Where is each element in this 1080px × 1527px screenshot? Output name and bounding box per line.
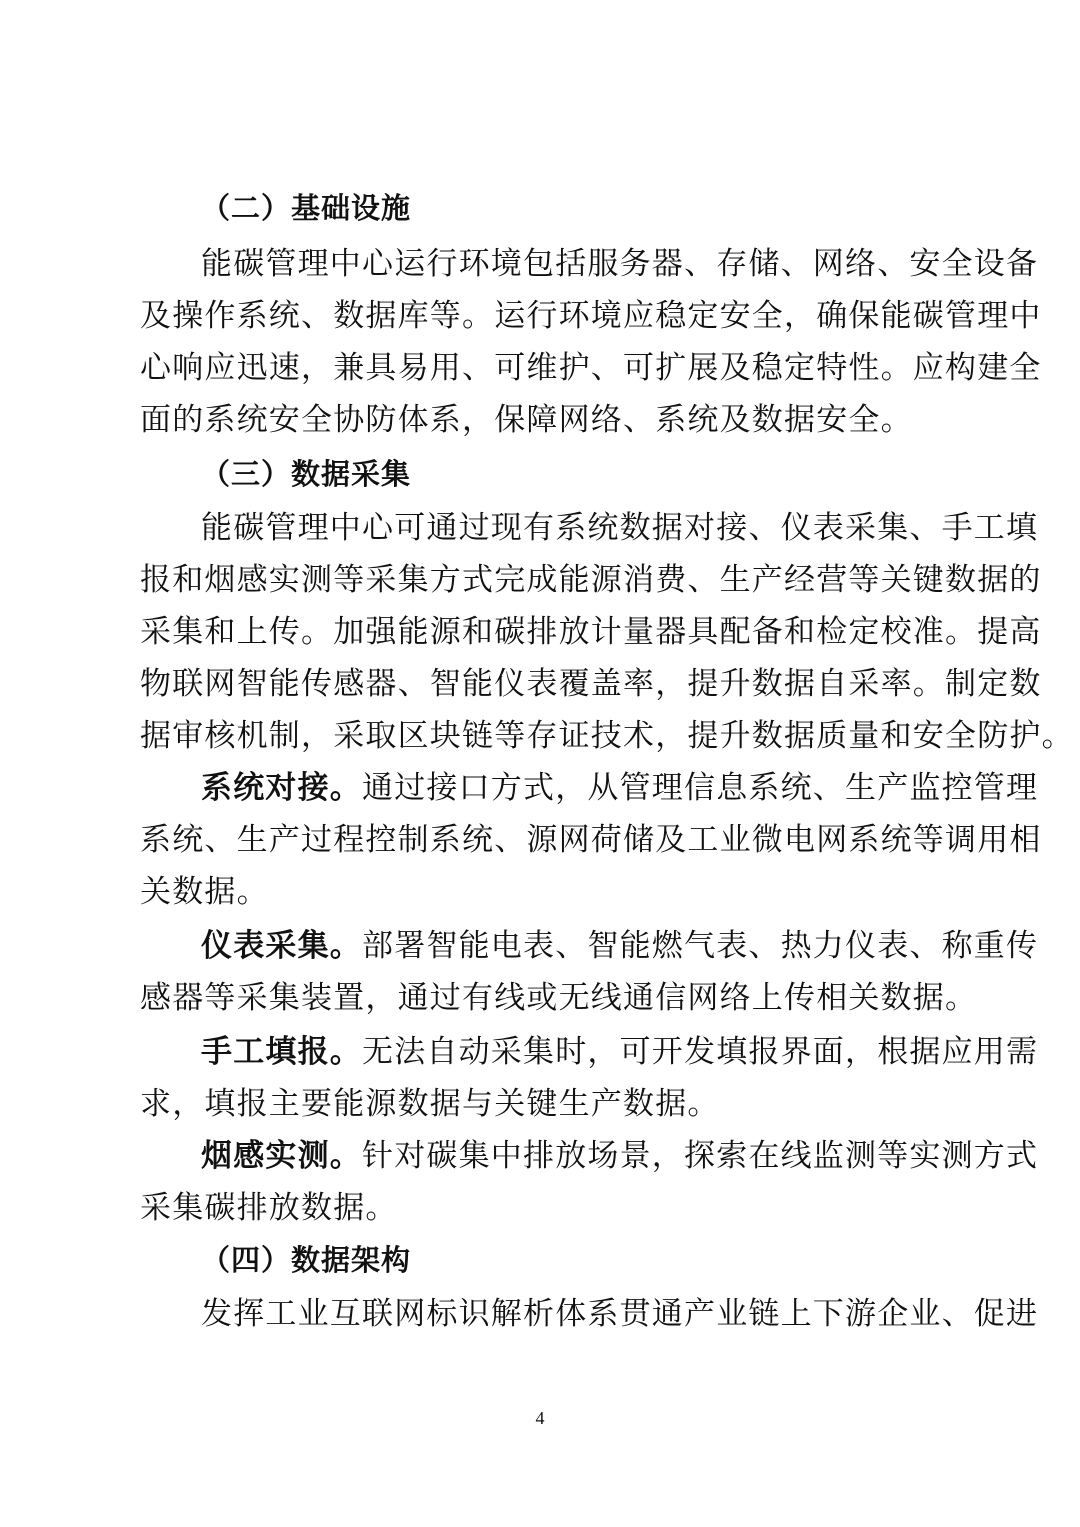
item-text: 部署智能电表、智能燃气表、热力仪表、称重传	[362, 928, 1038, 964]
item-title: 烟感实测。	[201, 1138, 362, 1174]
paragraph-line: 能碳管理中心可通过现有系统数据对接、仪表采集、手工填	[201, 508, 940, 548]
item-meter-collection: 仪表采集。部署智能电表、智能燃气表、热力仪表、称重传	[201, 926, 940, 966]
item-text: 针对碳集中排放场景，探索在线监测等实测方式	[362, 1138, 1038, 1174]
item-text: 无法自动采集时，可开发填报界面，根据应用需	[362, 1034, 1038, 1070]
paragraph-line: 心响应迅速，兼具易用、可维护、可扩展及稳定特性。应构建全	[140, 348, 940, 388]
paragraph-line: 发挥工业互联网标识解析体系贯通产业链上下游企业、促进	[201, 1294, 940, 1334]
section-heading-infrastructure: （二）基础设施	[201, 188, 411, 228]
paragraph-line: 报和烟感实测等采集方式完成能源消费、生产经营等关键数据的	[140, 560, 940, 600]
paragraph-line: 感器等采集装置，通过有线或无线通信网络上传相关数据。	[140, 978, 940, 1018]
paragraph-line: 采集和上传。加强能源和碳排放计量器具配备和检定校准。提高	[140, 612, 940, 652]
paragraph-line: 及操作系统、数据库等。运行环境应稳定安全，确保能碳管理中	[140, 296, 940, 336]
paragraph-line: 求，填报主要能源数据与关键生产数据。	[140, 1084, 940, 1124]
paragraph-line: 采集碳排放数据。	[140, 1188, 940, 1228]
item-title: 手工填报。	[201, 1034, 362, 1070]
document-page: （二）基础设施 能碳管理中心运行环境包括服务器、存储、网络、安全设备 及操作系统…	[0, 0, 1080, 1527]
item-title: 仪表采集。	[201, 928, 362, 964]
paragraph-line: 系统、生产过程控制系统、源网荷储及工业微电网系统等调用相	[140, 820, 940, 860]
paragraph-line: 面的系统安全协防体系，保障网络、系统及数据安全。	[140, 400, 940, 440]
item-flue-measurement: 烟感实测。针对碳集中排放场景，探索在线监测等实测方式	[201, 1136, 940, 1176]
section-heading-data-architecture: （四）数据架构	[201, 1240, 411, 1280]
paragraph-line: 物联网智能传感器、智能仪表覆盖率，提升数据自采率。制定数	[140, 664, 940, 704]
item-text: 通过接口方式，从管理信息系统、生产监控管理	[362, 770, 1038, 806]
paragraph-line: 关数据。	[140, 872, 940, 912]
page-number: 4	[0, 1408, 1080, 1429]
paragraph-line: 据审核机制，采取区块链等存证技术，提升数据质量和安全防护。	[140, 716, 940, 756]
paragraph-line: 能碳管理中心运行环境包括服务器、存储、网络、安全设备	[201, 244, 940, 284]
section-heading-data-collection: （三）数据采集	[201, 454, 411, 494]
item-system-integration: 系统对接。通过接口方式，从管理信息系统、生产监控管理	[201, 768, 940, 808]
item-manual-reporting: 手工填报。无法自动采集时，可开发填报界面，根据应用需	[201, 1032, 940, 1072]
item-title: 系统对接。	[201, 770, 362, 806]
